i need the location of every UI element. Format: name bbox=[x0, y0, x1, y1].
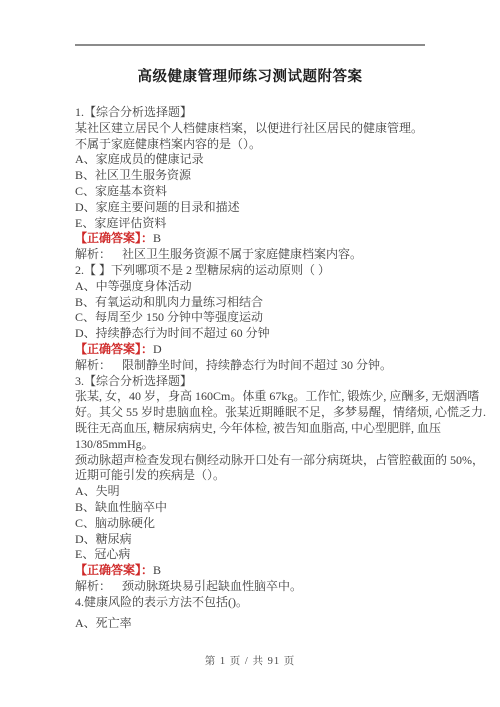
option-c: C、家庭基本资料 bbox=[75, 184, 431, 200]
question-head: 4.健康风险的表示方法不包括()。 bbox=[75, 595, 431, 611]
question-head: 1.【综合分析选择题】 bbox=[75, 105, 431, 121]
document-title: 高级健康管理师练习测试题附答案 bbox=[0, 65, 500, 86]
question-body-line: 某社区建立居民个人档健康档案，以便进行社区居民的健康管理。 bbox=[75, 121, 431, 137]
option-d: D、持续静态行为时间不超过 60 分钟 bbox=[75, 326, 431, 342]
document-page: 高级健康管理师练习测试题附答案 1.【综合分析选择题】 某社区建立居民个人档健康… bbox=[0, 0, 500, 707]
question-body-line: 130/85mmHg。 bbox=[75, 437, 431, 453]
option-a: A、家庭成员的健康记录 bbox=[75, 152, 431, 168]
answer-value: B bbox=[153, 231, 161, 245]
question-head: 2.【 】下列哪项不是 2 型糖尿病的运动原则（ ） bbox=[75, 263, 431, 279]
question-body-line: 不属于家庭健康档案内容的是（）。 bbox=[75, 137, 431, 153]
option-a: A、失明 bbox=[75, 484, 431, 500]
option-d: D、糖尿病 bbox=[75, 532, 431, 548]
option-d: D、家庭主要问题的目录和描述 bbox=[75, 200, 431, 216]
answer-label: 【正确答案】： bbox=[75, 342, 153, 356]
header-rule bbox=[75, 44, 425, 46]
option-e: E、家庭评估资料 bbox=[75, 216, 431, 232]
page-number: 第 1 页 / 共 91 页 bbox=[0, 653, 500, 668]
option-b: B、有氧运动和肌肉力量练习相结合 bbox=[75, 295, 431, 311]
question-head: 3.【综合分析选择题】 bbox=[75, 374, 431, 390]
option-e: E、冠心病 bbox=[75, 547, 431, 563]
question-2: 2.【 】下列哪项不是 2 型糖尿病的运动原则（ ） A、中等强度身体活动 B、… bbox=[75, 263, 431, 374]
question-1: 1.【综合分析选择题】 某社区建立居民个人档健康档案，以便进行社区居民的健康管理… bbox=[75, 105, 431, 263]
answer-value: D bbox=[153, 342, 162, 356]
question-body-line: 近期可能引发的疾病是（）。 bbox=[75, 468, 431, 484]
question-4: 4.健康风险的表示方法不包括()。 A、死亡率 bbox=[75, 595, 431, 632]
analysis-text: 社区卫生服务资源不属于家庭健康档案内容。 bbox=[122, 247, 362, 261]
question-body-line: 颈动脉超声检查发现右侧经动脉开口处有一部分病斑块，占管腔截面的 50%， bbox=[75, 453, 431, 469]
option-a: A、死亡率 bbox=[75, 616, 431, 632]
answer-line: 【正确答案】：B bbox=[75, 231, 431, 247]
analysis-label: 解析： bbox=[75, 247, 111, 261]
option-c: C、每周至少 150 分钟中等强度运动 bbox=[75, 310, 431, 326]
analysis-line: 解析：限制静坐时间，持续静态行为时间不超过 30 分钟。 bbox=[75, 358, 431, 374]
question-body-line: 既往无高血压, 糖尿病病史, 今年体检, 被告知血脂高, 中心型肥胖, 血压 bbox=[75, 421, 431, 437]
question-body-line: 张某, 女，40 岁，身高 160Cm。体重 67kg。工作忙, 锻炼少, 应酬… bbox=[75, 389, 431, 405]
answer-line: 【正确答案】：D bbox=[75, 342, 431, 358]
analysis-text: 限制静坐时间，持续静态行为时间不超过 30 分钟。 bbox=[122, 358, 392, 372]
answer-line: 【正确答案】：B bbox=[75, 563, 431, 579]
answer-label: 【正确答案】： bbox=[75, 563, 153, 577]
analysis-line: 解析：社区卫生服务资源不属于家庭健康档案内容。 bbox=[75, 247, 431, 263]
question-3: 3.【综合分析选择题】 张某, 女，40 岁，身高 160Cm。体重 67kg。… bbox=[75, 374, 431, 595]
option-b: B、社区卫生服务资源 bbox=[75, 168, 431, 184]
option-a: A、中等强度身体活动 bbox=[75, 279, 431, 295]
answer-label: 【正确答案】： bbox=[75, 231, 153, 245]
option-c: C、脑动脉硬化 bbox=[75, 516, 431, 532]
analysis-line: 解析：颈动脉斑块易引起缺血性脑卒中。 bbox=[75, 579, 431, 595]
analysis-text: 颈动脉斑块易引起缺血性脑卒中。 bbox=[122, 579, 302, 593]
analysis-label: 解析： bbox=[75, 579, 111, 593]
document-body: 1.【综合分析选择题】 某社区建立居民个人档健康档案，以便进行社区居民的健康管理… bbox=[75, 105, 431, 631]
question-body-line: 好。其父 55 岁时患脑血栓。张某近期睡眠不足，多梦易醒，情绪烦, 心慌乏力. bbox=[75, 405, 431, 421]
option-b: B、缺血性脑卒中 bbox=[75, 500, 431, 516]
answer-value: B bbox=[153, 563, 161, 577]
analysis-label: 解析： bbox=[75, 358, 111, 372]
